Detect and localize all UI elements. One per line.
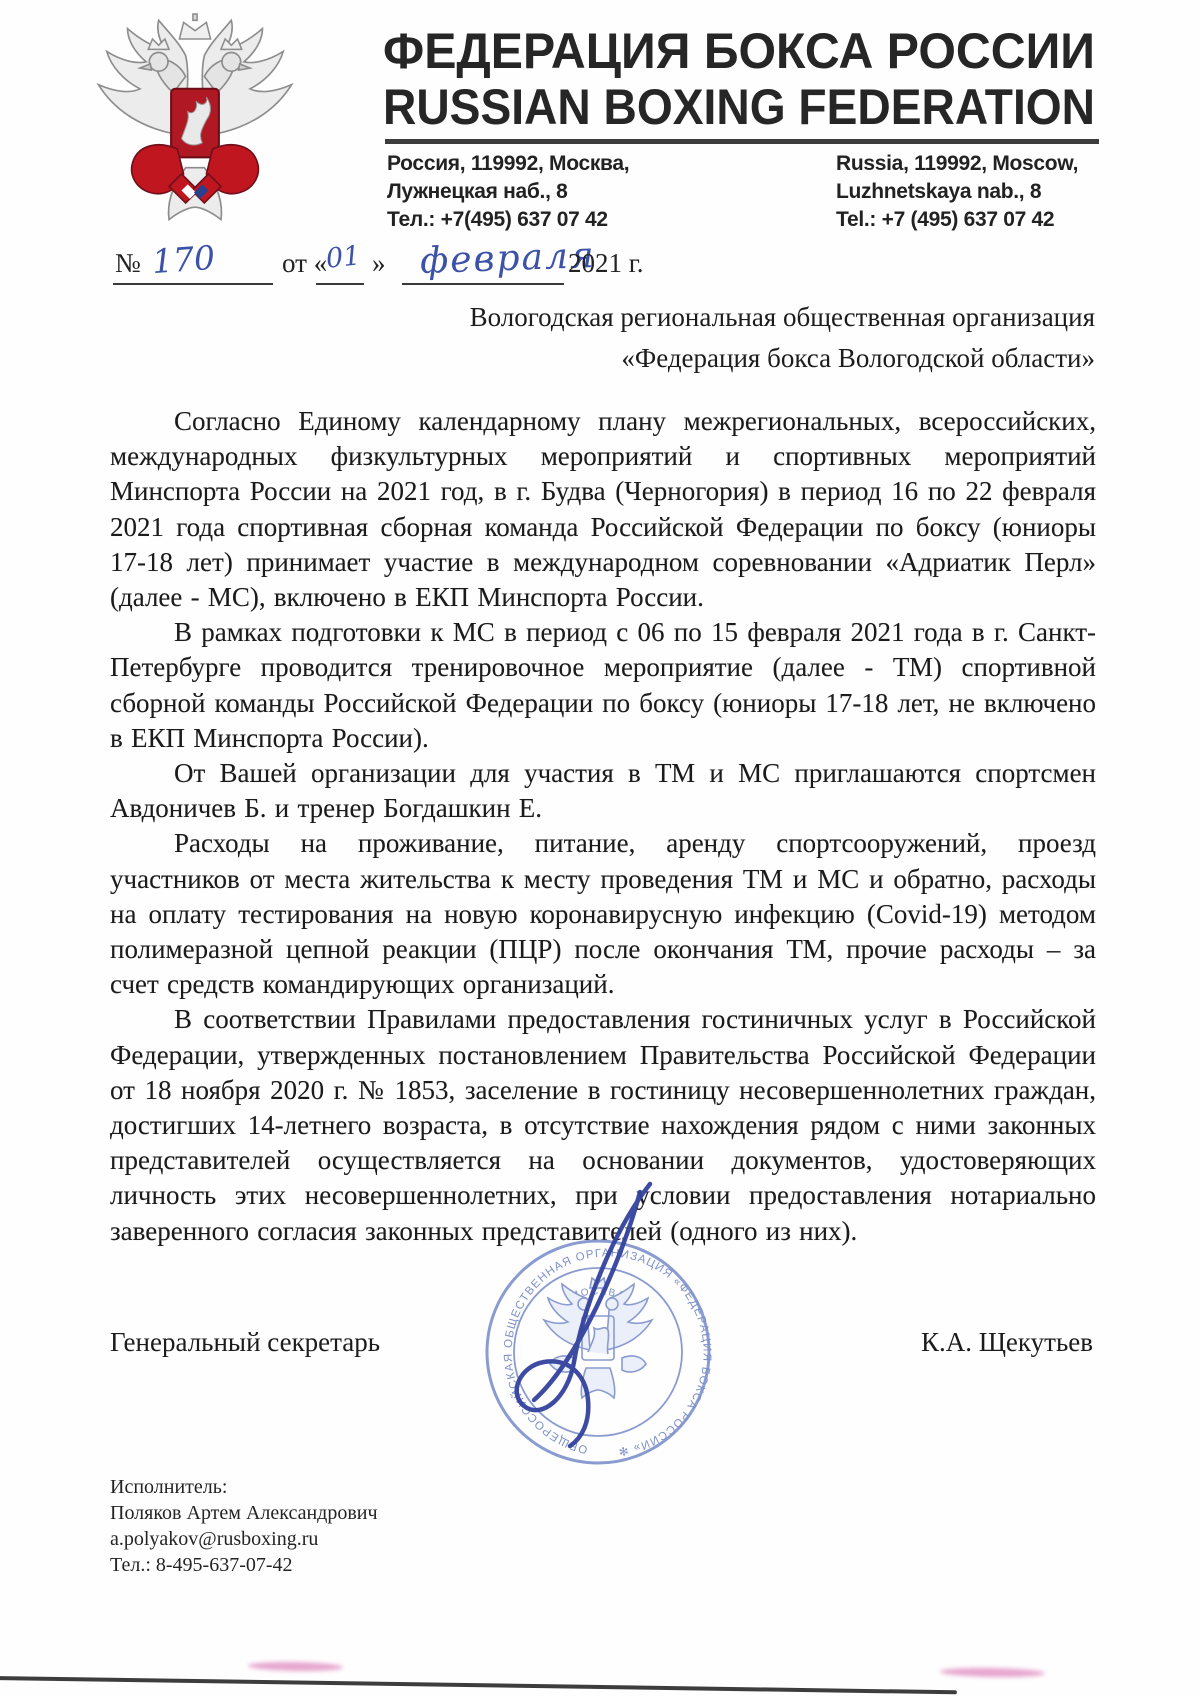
executor-phone: Тел.: 8-495-637-07-42 bbox=[110, 1552, 378, 1578]
letterhead-titles: ФЕДЕРАЦИЯ БОКСА РОССИИ RUSSIAN BOXING FE… bbox=[383, 22, 1103, 134]
addressee-line-2: «Федерация бокса Вологодской области» bbox=[395, 338, 1095, 379]
address-ru-line: Тел.: +7(495) 637 07 42 bbox=[387, 206, 629, 234]
reference-line: № 170 от « 01 » февраля 2021 г. bbox=[0, 246, 1200, 296]
day-underline bbox=[316, 282, 364, 285]
year-label: 2021 г. bbox=[568, 248, 644, 279]
body-paragraph: В рамках подготовки к МС в период с 06 п… bbox=[110, 615, 1096, 756]
signatory-name: К.А. Щекутьев bbox=[693, 1327, 1093, 1358]
addressee-line-1: Вологодская региональная общественная ор… bbox=[395, 297, 1095, 338]
number-underline bbox=[113, 282, 273, 285]
body-paragraph: От Вашей организации для участия в ТМ и … bbox=[110, 756, 1096, 826]
address-ru-line: Россия, 119992, Москва, bbox=[387, 150, 629, 178]
addressee-block: Вологодская региональная общественная ор… bbox=[395, 297, 1095, 379]
handwritten-day: 01 bbox=[324, 240, 361, 274]
address-en-line: Russia, 119992, Moscow, bbox=[836, 150, 1078, 178]
scanned-letter-page: ФЕДЕРАЦИЯ БОКСА РОССИИ RUSSIAN BOXING FE… bbox=[0, 0, 1200, 1697]
number-sign: № bbox=[115, 248, 141, 279]
handwritten-signature bbox=[482, 1162, 682, 1454]
federation-emblem-icon bbox=[86, 12, 304, 230]
org-title-ru: ФЕДЕРАЦИЯ БОКСА РОССИИ bbox=[383, 23, 1095, 79]
org-title-en: RUSSIAN BOXING FEDERATION bbox=[383, 79, 1095, 134]
month-underline bbox=[402, 282, 564, 285]
signatory-title: Генеральный секретарь bbox=[110, 1327, 380, 1358]
handwritten-letter-number: 170 bbox=[151, 238, 217, 281]
address-block-en: Russia, 119992, Moscow, Luzhnetskaya nab… bbox=[836, 150, 1078, 234]
executor-name: Поляков Артем Александрович bbox=[110, 1500, 378, 1526]
address-en-line: Luzhnetskaya nab., 8 bbox=[836, 178, 1078, 206]
address-ru-line: Лужнецкая наб., 8 bbox=[387, 178, 629, 206]
address-en-line: Tel.: +7 (495) 637 07 42 bbox=[836, 206, 1078, 234]
letter-body: Согласно Единому календарному плану межр… bbox=[110, 404, 1096, 1249]
executor-email: a.polyakov@rusboxing.ru bbox=[110, 1526, 378, 1552]
scan-smudge bbox=[248, 1661, 343, 1672]
letterhead-divider bbox=[385, 139, 1099, 144]
executor-label: Исполнитель: bbox=[110, 1474, 378, 1500]
address-block-ru: Россия, 119992, Москва, Лужнецкая наб., … bbox=[387, 150, 629, 234]
scan-edge-artifact bbox=[0, 1676, 957, 1694]
scan-smudge bbox=[940, 1667, 1045, 1678]
body-paragraph: Расходы на проживание, питание, аренду с… bbox=[110, 826, 1096, 1002]
body-paragraph: Согласно Единому календарному плану межр… bbox=[110, 404, 1096, 615]
date-close-quote: » bbox=[372, 248, 386, 279]
date-from-label: от « bbox=[282, 248, 327, 279]
executor-block: Исполнитель: Поляков Артем Александрович… bbox=[110, 1474, 378, 1578]
